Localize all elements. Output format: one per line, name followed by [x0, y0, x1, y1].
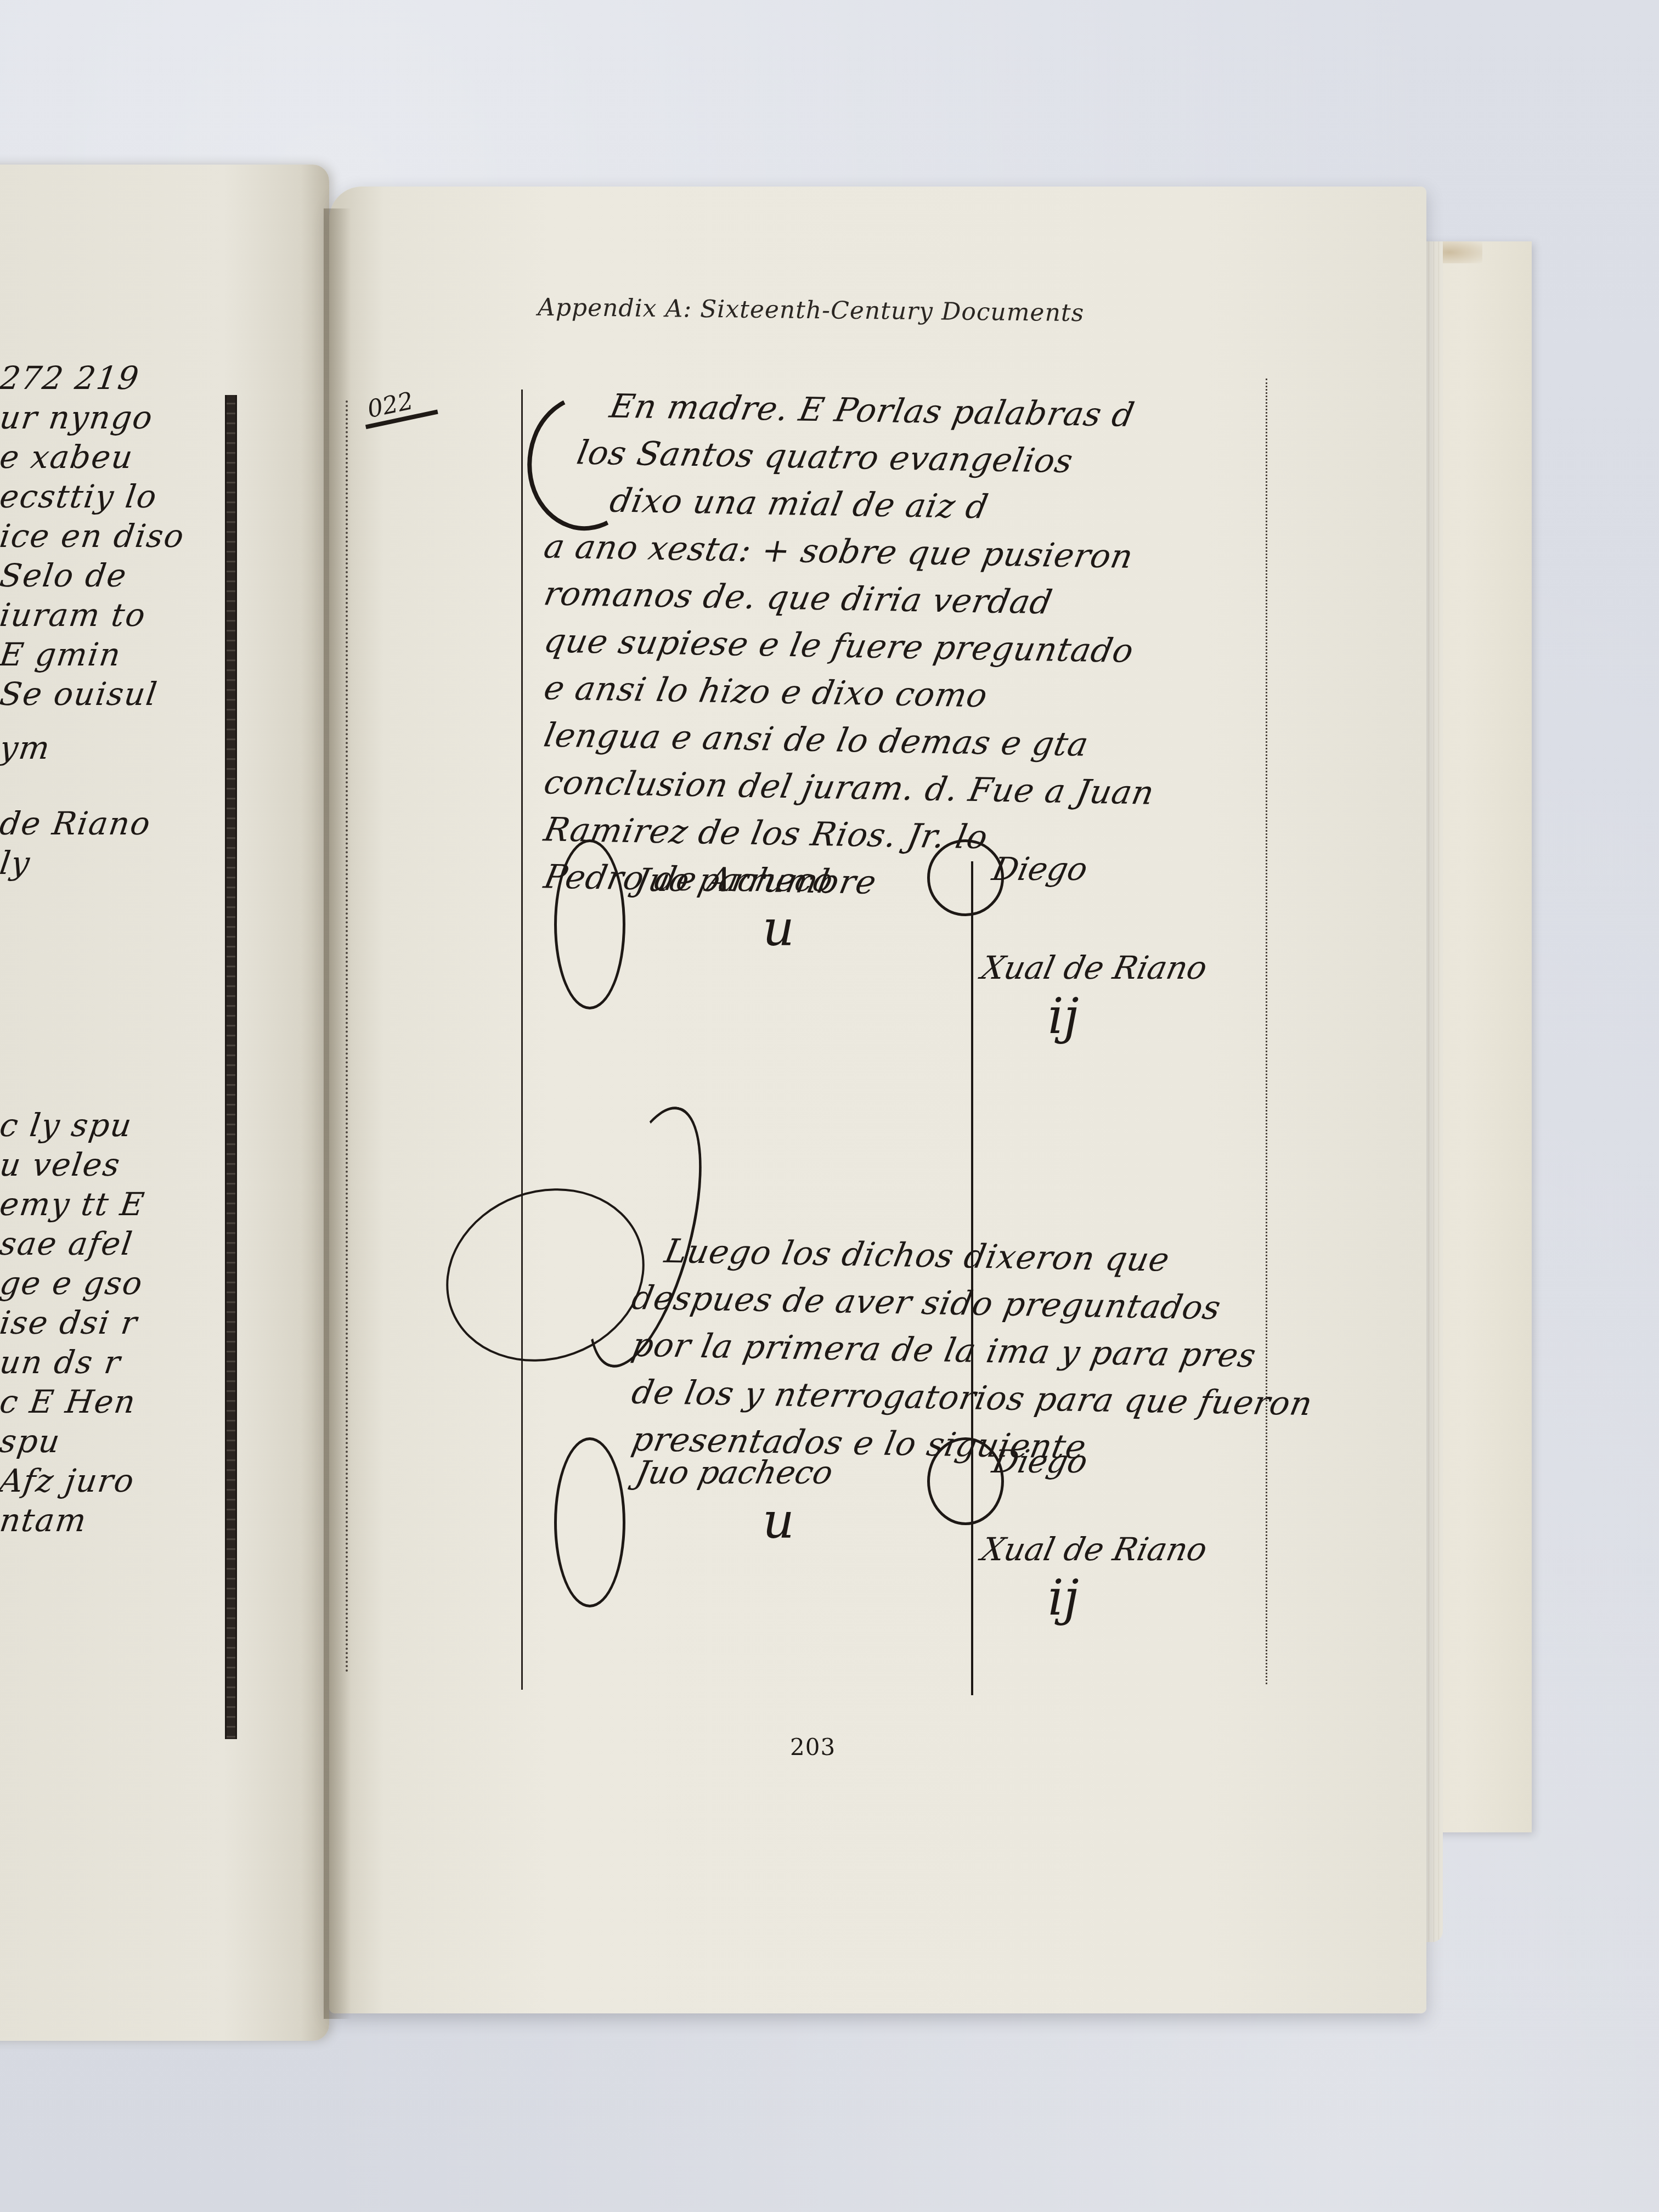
signature-name: Xual de Riano: [978, 949, 1211, 986]
signature-mark: ij: [1048, 988, 1079, 1045]
left-facsimile-frame-border: [225, 395, 237, 1739]
signature-mark: ij: [1048, 1569, 1079, 1627]
left-ms-line: un ds r: [0, 1346, 233, 1378]
left-ms-line: ecsttiy lo: [0, 481, 233, 512]
left-ms-line: spu: [0, 1425, 233, 1457]
left-ms-line: e xabeu: [0, 441, 233, 473]
running-head: Appendix A: Sixteenth-Century Documents: [538, 294, 1085, 327]
left-ms-line: Selo de: [0, 560, 233, 591]
signature-rubric-loop: [554, 1437, 625, 1607]
signature-mark: u: [763, 900, 794, 957]
signature-name: Xual de Riano: [978, 1531, 1211, 1568]
signature-name: Juo pacheco: [633, 861, 837, 899]
manuscript-facsimile: 022 En madre. E Porlas palabras d los Sa…: [346, 379, 1289, 1690]
signature-name: Juo pacheco: [633, 1454, 837, 1491]
facsimile-left-border: [346, 400, 348, 1673]
left-ms-line: ur nyngo: [0, 402, 233, 433]
left-ms-line: Afz juro: [0, 1465, 233, 1497]
facsimile-margin-line: [521, 390, 523, 1690]
left-manuscript: 272 219 ur nyngo e xabeu ecsttiy lo ice …: [0, 362, 230, 1544]
signature-title: Diego: [989, 1443, 1091, 1480]
signature-title: Diego: [989, 850, 1091, 888]
left-ms-line: ly: [0, 847, 233, 879]
left-ms-line: E gmin: [0, 639, 233, 670]
left-ms-line: c E Hen: [0, 1386, 233, 1418]
left-ms-line: ym: [0, 732, 233, 764]
left-ms-line: emy tt E: [0, 1188, 233, 1220]
manuscript-text-top: En madre. E Porlas palabras d los Santos…: [543, 395, 1278, 914]
signature-mark: u: [763, 1492, 794, 1550]
page-number: 203: [790, 1734, 836, 1760]
left-page: 272 219 ur nyngo e xabeu ecsttiy lo ice …: [0, 165, 329, 2041]
left-ms-line: ice en diso: [0, 520, 233, 552]
folio-number: 022: [359, 382, 438, 430]
left-ms-line: ge e gso: [0, 1267, 233, 1299]
left-ms-line: c ly spu: [0, 1109, 233, 1141]
left-ms-line: ntam: [0, 1504, 233, 1536]
left-ms-line: sae afel: [0, 1228, 233, 1260]
left-ms-line: de Riano: [0, 808, 233, 839]
left-ms-line: Se ouisul: [0, 678, 233, 710]
left-ms-line: iuram to: [0, 599, 233, 631]
signature-rubric-loop: [554, 839, 625, 1009]
left-ms-line: u veles: [0, 1149, 233, 1181]
left-ms-line: 272 219: [0, 362, 233, 394]
signature-rubric-circle: [927, 1437, 1004, 1525]
left-ms-line: ise dsi r: [0, 1307, 233, 1339]
